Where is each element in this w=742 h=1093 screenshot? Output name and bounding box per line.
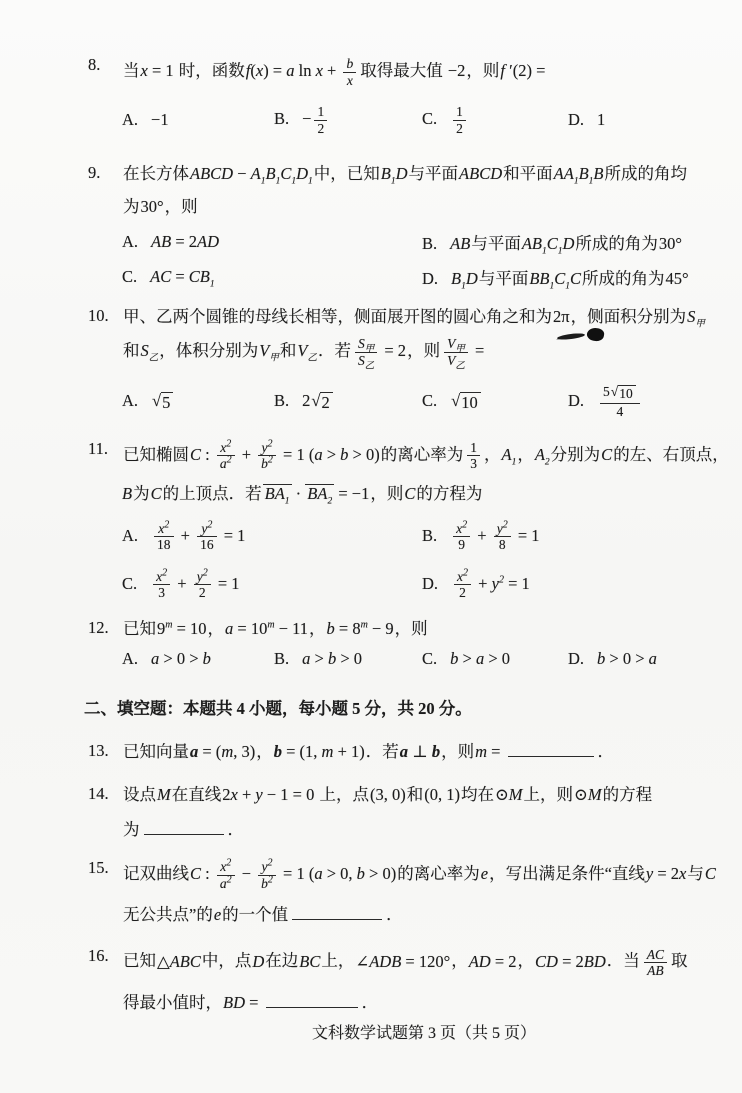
question-stem: 已知△ABC中，点D在边BC上，∠ADB = 120°，AD = 2，CD = … (122, 945, 726, 981)
option-label: A. (122, 526, 138, 546)
option-value: 1 (597, 110, 605, 129)
question-stem-line-2: 和S乙，体积分别为V甲和V乙．若S甲S乙 = 2，则V甲V乙 = (122, 334, 726, 370)
option-label: D. (568, 110, 584, 130)
option-value: x29 + y28 = 1 (450, 526, 539, 545)
option-b: B.a > b > 0 (274, 649, 422, 669)
option-label: A. (122, 110, 138, 130)
question-body: 设点M在直线2x + y − 1 = 0 上，点(3, 0)和(0, 1)均在⊙… (122, 783, 726, 857)
question-body: 已知△ABC中，点D在边BC上，∠ADB = 120°，AD = 2，CD = … (122, 945, 726, 1020)
question-number: 14. (88, 783, 122, 804)
option-label: C. (422, 649, 437, 669)
options-row: C.AC = CB1 D.B1D与平面BB1C1C所成的角为45° (122, 265, 726, 289)
option-label: D. (422, 574, 438, 594)
option-label: D. (568, 391, 584, 411)
option-d: D.b > 0 > a (568, 649, 726, 669)
option-value: −1 (151, 110, 169, 129)
question-body: 甲、乙两个圆锥的母线长相等，侧面展开图的圆心角之和为2π，侧面积分别为S甲 和S… (122, 305, 726, 438)
question-body: 已知椭圆C : x2a2 + y2b2 = 1 (a > b > 0)的离心率为… (122, 438, 726, 617)
question-body: 已知9m = 10，a = 10m − 11，b = 8m − 9，则 A.a … (122, 617, 726, 697)
question-14: 14. 设点M在直线2x + y − 1 = 0 上，点(3, 0)和(0, 1… (88, 783, 726, 857)
question-stem: 已知向量a = (m, 3)，b = (1, m + 1)．若a ⊥ b，则m … (122, 740, 726, 763)
option-c: C.b > a > 0 (422, 649, 568, 669)
options-row: A.−1 B.−12 C.12 D.1 (122, 102, 726, 138)
option-label: D. (422, 269, 438, 289)
page-footer: 文科数学试题第 3 页（共 5 页） (88, 1020, 726, 1043)
question-stem: 甲、乙两个圆锥的母线长相等，侧面展开图的圆心角之和为2π，侧面积分别为S甲 (122, 305, 726, 328)
option-value: 5√104 (597, 391, 643, 410)
question-stem-line-2: 得最小值时，BD = ． (122, 991, 726, 1014)
question-number: 9. (88, 162, 122, 183)
options-row: A.AB = 2AD B.AB与平面AB1C1D所成的角为30° (122, 230, 726, 254)
option-label: A. (122, 649, 138, 669)
option-value: AB = 2AD (151, 232, 219, 251)
option-b: B.x29 + y28 = 1 (422, 519, 726, 555)
option-d: D.B1D与平面BB1C1C所成的角为45° (422, 265, 726, 289)
option-d: D.1 (568, 110, 726, 130)
question-stem: 当x = 1 时，函数f(x) = a ln x + bx取得最大值 −2，则f… (122, 54, 726, 90)
option-value: b > 0 > a (597, 649, 657, 668)
option-value: x22 + y2 = 1 (451, 574, 530, 593)
question-stem-line-2: 为． (122, 818, 726, 841)
option-label: B. (422, 234, 437, 254)
option-c: C.12 (422, 102, 568, 138)
option-label: B. (274, 109, 289, 129)
option-value: a > 0 > b (151, 649, 211, 668)
option-d: D.5√104 (568, 382, 726, 421)
option-b: B.AB与平面AB1C1D所成的角为30° (422, 230, 726, 254)
option-a: A.a > 0 > b (122, 649, 274, 669)
option-label: B. (422, 526, 437, 546)
question-15: 15. 记双曲线C : x2a2 − y2b2 = 1 (a > 0, b > … (88, 857, 726, 944)
question-body: 记双曲线C : x2a2 − y2b2 = 1 (a > 0, b > 0)的离… (122, 857, 726, 944)
options-row: C.x23 + y22 = 1 D.x22 + y2 = 1 (122, 567, 726, 603)
option-label: D. (568, 649, 584, 669)
question-number: 15. (88, 857, 122, 878)
option-label: A. (122, 391, 138, 411)
option-b: B.−12 (274, 102, 422, 138)
question-stem: 已知椭圆C : x2a2 + y2b2 = 1 (a > b > 0)的离心率为… (122, 438, 726, 474)
question-number: 8. (88, 54, 122, 75)
question-body: 在长方体ABCD − A1B1C1D1中，已知B1D与平面ABCD和平面AA1B… (122, 162, 726, 305)
option-value: −12 (302, 109, 330, 128)
question-9: 9. 在长方体ABCD − A1B1C1D1中，已知B1D与平面ABCD和平面A… (88, 162, 726, 305)
option-value: AB与平面AB1C1D所成的角为30° (450, 234, 682, 253)
option-c: C.x23 + y22 = 1 (122, 567, 422, 603)
question-number: 11. (88, 438, 122, 459)
option-label: C. (422, 109, 437, 129)
question-stem-line-2: 无公共点”的e的一个值． (122, 903, 726, 926)
question-12: 12. 已知9m = 10，a = 10m − 11，b = 8m − 9，则 … (88, 617, 726, 697)
question-body: 当x = 1 时，函数f(x) = a ln x + bx取得最大值 −2，则f… (122, 54, 726, 162)
question-stem-line-2: B为C的上顶点．若BA1 · BA2 = −1，则C的方程为 (122, 482, 726, 505)
options-row: A.√5 B.2√2 C.√10 D.5√104 (122, 382, 726, 421)
option-c: C.AC = CB1 (122, 267, 422, 287)
section-2-header: 二、填空题：本题共 4 小题，每小题 5 分，共 20 分。 (84, 697, 726, 720)
option-value: √10 (450, 391, 482, 410)
exam-page: 8. 当x = 1 时，函数f(x) = a ln x + bx取得最大值 −2… (0, 0, 742, 1093)
question-10: 10. 甲、乙两个圆锥的母线长相等，侧面展开图的圆心角之和为2π，侧面积分别为S… (88, 305, 726, 438)
option-a: A.√5 (122, 391, 274, 414)
options-row: A.x218 + y216 = 1 B.x29 + y28 = 1 (122, 519, 726, 555)
question-8: 8. 当x = 1 时，函数f(x) = a ln x + bx取得最大值 −2… (88, 54, 726, 162)
option-label: C. (122, 267, 137, 287)
ink-smudge-artifact (556, 326, 606, 346)
option-a: A.AB = 2AD (122, 232, 422, 252)
option-b: B.2√2 (274, 391, 422, 414)
question-number: 13. (88, 740, 122, 761)
option-value: x218 + y216 = 1 (151, 526, 245, 545)
question-stem: 在长方体ABCD − A1B1C1D1中，已知B1D与平面ABCD和平面AA1B… (122, 162, 726, 185)
question-number: 10. (88, 305, 122, 326)
option-value: x23 + y22 = 1 (150, 574, 239, 593)
option-c: C.√10 (422, 391, 568, 414)
question-stem: 记双曲线C : x2a2 − y2b2 = 1 (a > 0, b > 0)的离… (122, 857, 726, 893)
option-d: D.x22 + y2 = 1 (422, 567, 726, 603)
question-stem: 已知9m = 10，a = 10m − 11，b = 8m − 9，则 (122, 617, 726, 640)
option-value: 2√2 (302, 391, 334, 410)
option-value: 12 (450, 109, 469, 128)
option-label: B. (274, 649, 289, 669)
question-body: 已知向量a = (m, 3)，b = (1, m + 1)．若a ⊥ b，则m … (122, 740, 726, 783)
option-label: B. (274, 391, 289, 411)
option-label: C. (122, 574, 137, 594)
option-a: A.x218 + y216 = 1 (122, 519, 422, 555)
question-11: 11. 已知椭圆C : x2a2 + y2b2 = 1 (a > b > 0)的… (88, 438, 726, 617)
question-stem-line-2: 为30°，则 (122, 195, 726, 218)
question-stem: 设点M在直线2x + y − 1 = 0 上，点(3, 0)和(0, 1)均在⊙… (122, 783, 726, 806)
option-label: C. (422, 391, 437, 411)
option-value: b > a > 0 (450, 649, 510, 668)
question-number: 16. (88, 945, 122, 966)
option-value: B1D与平面BB1C1C所成的角为45° (451, 269, 689, 288)
options-row: A.a > 0 > b B.a > b > 0 C.b > a > 0 D.b … (122, 649, 726, 669)
option-value: AC = CB1 (150, 267, 215, 286)
option-a: A.−1 (122, 110, 274, 130)
option-label: A. (122, 232, 138, 252)
option-value: √5 (151, 391, 174, 410)
question-number: 12. (88, 617, 122, 638)
option-value: a > b > 0 (302, 649, 362, 668)
question-13: 13. 已知向量a = (m, 3)，b = (1, m + 1)．若a ⊥ b… (88, 740, 726, 783)
question-16: 16. 已知△ABC中，点D在边BC上，∠ADB = 120°，AD = 2，C… (88, 945, 726, 1020)
